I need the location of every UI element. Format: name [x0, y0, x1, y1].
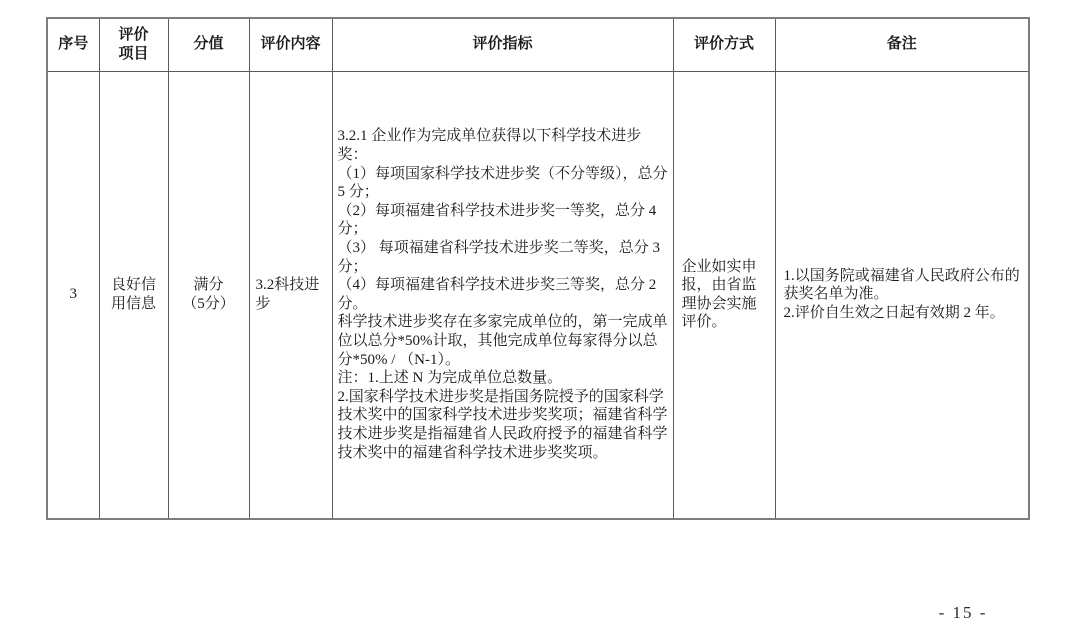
header-seq: 序号	[47, 18, 99, 71]
evaluation-criteria-table: 序号 评价 项目 分值 评价内容 评价指标 评价方式 备注 3 良好信用信息 满…	[46, 17, 1030, 520]
cell-score-value: 满分 （5分）	[168, 71, 249, 519]
cell-eval-indicator: 3.2.1 企业作为完成单位获得以下科学技术进步奖： （1）每项国家科学技术进步…	[332, 71, 673, 519]
header-project: 评价 项目	[99, 18, 168, 71]
header-score: 分值	[168, 18, 249, 71]
table-row: 3 良好信用信息 满分 （5分） 3.2科技进步 3.2.1 企业作为完成单位获…	[47, 71, 1029, 519]
header-content: 评价内容	[249, 18, 332, 71]
cell-project-name: 良好信用信息	[99, 71, 168, 519]
cell-remarks: 1.以国务院或福建省人民政府公布的获奖名单为准。 2.评价自生效之日起有效期 2…	[775, 71, 1029, 519]
header-indicator: 评价指标	[332, 18, 673, 71]
cell-eval-content: 3.2科技进步	[249, 71, 332, 519]
cell-eval-method: 企业如实申报，由省监理协会实施评价。	[673, 71, 775, 519]
header-remarks: 备注	[775, 18, 1029, 71]
cell-seq-number: 3	[47, 71, 99, 519]
document-page: 序号 评价 项目 分值 评价内容 评价指标 评价方式 备注 3 良好信用信息 满…	[0, 0, 1077, 636]
page-number: - 15 -	[928, 603, 998, 623]
table-header-row: 序号 评价 项目 分值 评价内容 评价指标 评价方式 备注	[47, 18, 1029, 71]
header-method: 评价方式	[673, 18, 775, 71]
